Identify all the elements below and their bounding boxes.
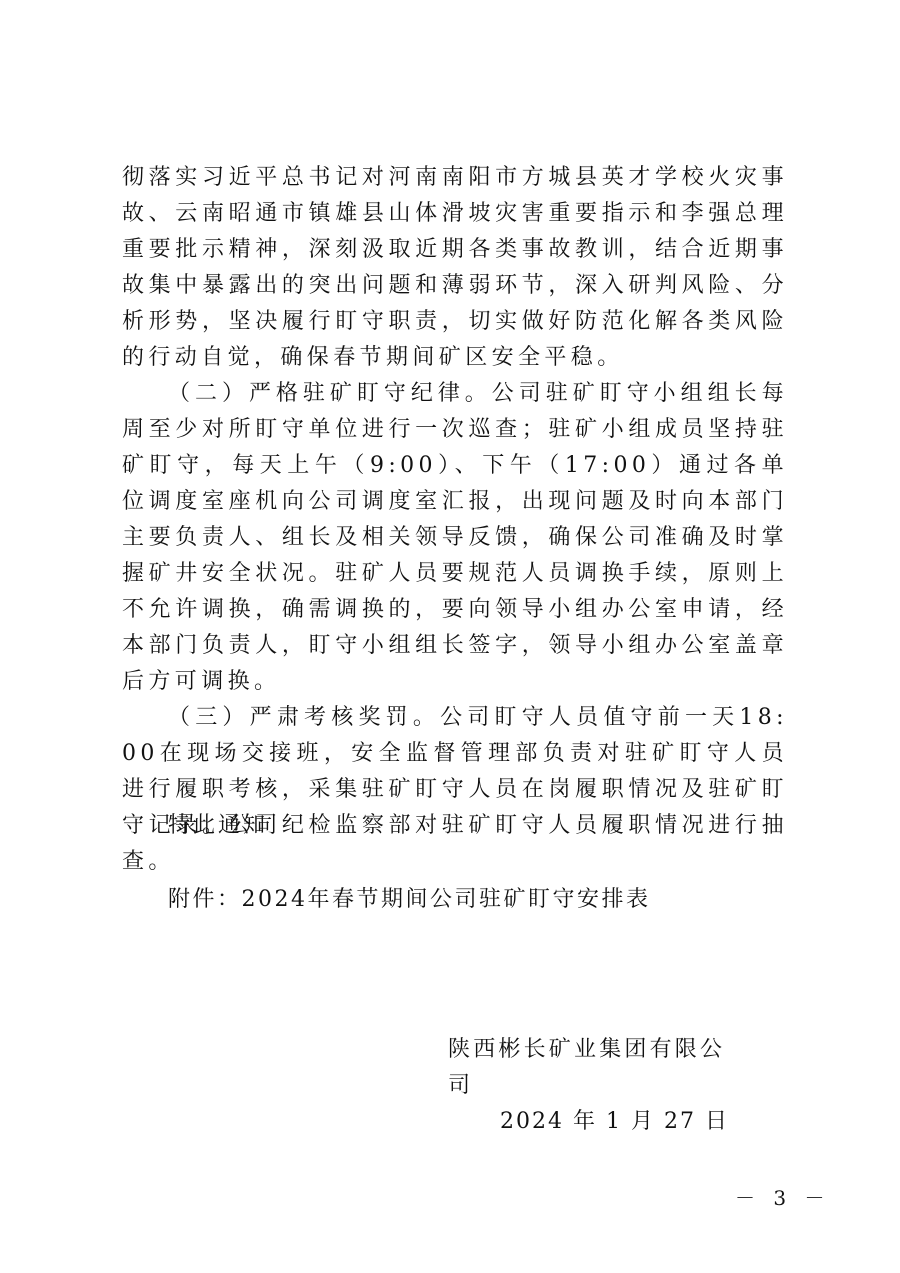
closing-notice: 特此通知 bbox=[168, 808, 268, 844]
page-number: － 3 － bbox=[735, 1182, 830, 1211]
document-page: 彻落实习近平总书记对河南南阳市方城县英才学校火灾事故、云南昭通市镇雄县山体滑坡灾… bbox=[0, 0, 900, 1273]
signature-block: 陕西彬长矿业集团有限公司 2024 年 1 月 27 日 bbox=[448, 1032, 748, 1140]
signature-organization: 陕西彬长矿业集团有限公司 bbox=[448, 1032, 748, 1104]
paragraph-section-3: （三）严肃考核奖罚。公司盯守人员值守前一天18:00在现场交接班，安全监督管理部… bbox=[122, 700, 788, 880]
signature-date: 2024 年 1 月 27 日 bbox=[448, 1104, 748, 1140]
paragraph-continuation: 彻落实习近平总书记对河南南阳市方城县英才学校火灾事故、云南昭通市镇雄县山体滑坡灾… bbox=[122, 160, 788, 376]
document-body: 彻落实习近平总书记对河南南阳市方城县英才学校火灾事故、云南昭通市镇雄县山体滑坡灾… bbox=[122, 160, 788, 880]
attachment-line: 附件：2024年春节期间公司驻矿盯守安排表 bbox=[168, 882, 651, 918]
paragraph-section-2: （二）严格驻矿盯守纪律。公司驻矿盯守小组组长每周至少对所盯守单位进行一次巡查；驻… bbox=[122, 376, 788, 700]
